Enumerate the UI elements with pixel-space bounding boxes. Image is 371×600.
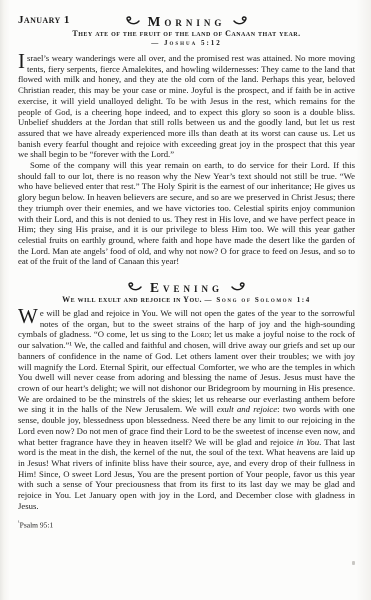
- morning-verse: They ate of the fruit of the land of Can…: [18, 29, 355, 38]
- evening-section: Evening We will exult and rejoice in You…: [18, 278, 355, 511]
- morning-dropcap: I: [18, 53, 27, 71]
- morning-title-group: Morning: [125, 12, 249, 30]
- evening-dropcap: W: [18, 308, 40, 326]
- evening-paragraph-text: e will be glad and rejoice in You. We wi…: [18, 308, 355, 511]
- morning-paragraph-2: Some of the company will this year remai…: [18, 160, 355, 267]
- morning-paragraph-1: Israel’s weary wanderings were all over,…: [18, 53, 355, 160]
- fleuron-left-icon: [125, 12, 140, 30]
- footnote-text: Psalm 95:1: [20, 521, 54, 530]
- fleuron-right-icon: [233, 12, 248, 30]
- fleuron-left-icon: [127, 278, 142, 296]
- morning-header: January 1 Morning: [18, 12, 355, 27]
- fleuron-right-icon: [231, 278, 246, 296]
- devotional-page: January 1 Morning They ate of the fruit …: [0, 0, 371, 600]
- morning-paragraph-1-text: srael’s weary wanderings were all over, …: [18, 53, 355, 159]
- evening-paragraph: We will be glad and rejoice in You. We w…: [18, 308, 355, 511]
- evening-verse: We will exult and rejoice in You. — Song…: [18, 295, 355, 304]
- morning-title: Morning: [148, 14, 226, 29]
- evening-header: Evening: [18, 278, 355, 293]
- footnote: ¹Psalm 95:1: [18, 520, 355, 530]
- scan-artifact-speck: [352, 561, 355, 565]
- morning-verse-reference: — Joshua 5:12: [18, 39, 355, 47]
- evening-title-group: Evening: [127, 278, 246, 296]
- page-date: January 1: [18, 14, 70, 26]
- evening-verse-text: We will exult and rejoice in You.: [62, 295, 202, 304]
- evening-verse-reference: — Song of Solomon 1:4: [204, 296, 310, 304]
- evening-title: Evening: [150, 280, 223, 295]
